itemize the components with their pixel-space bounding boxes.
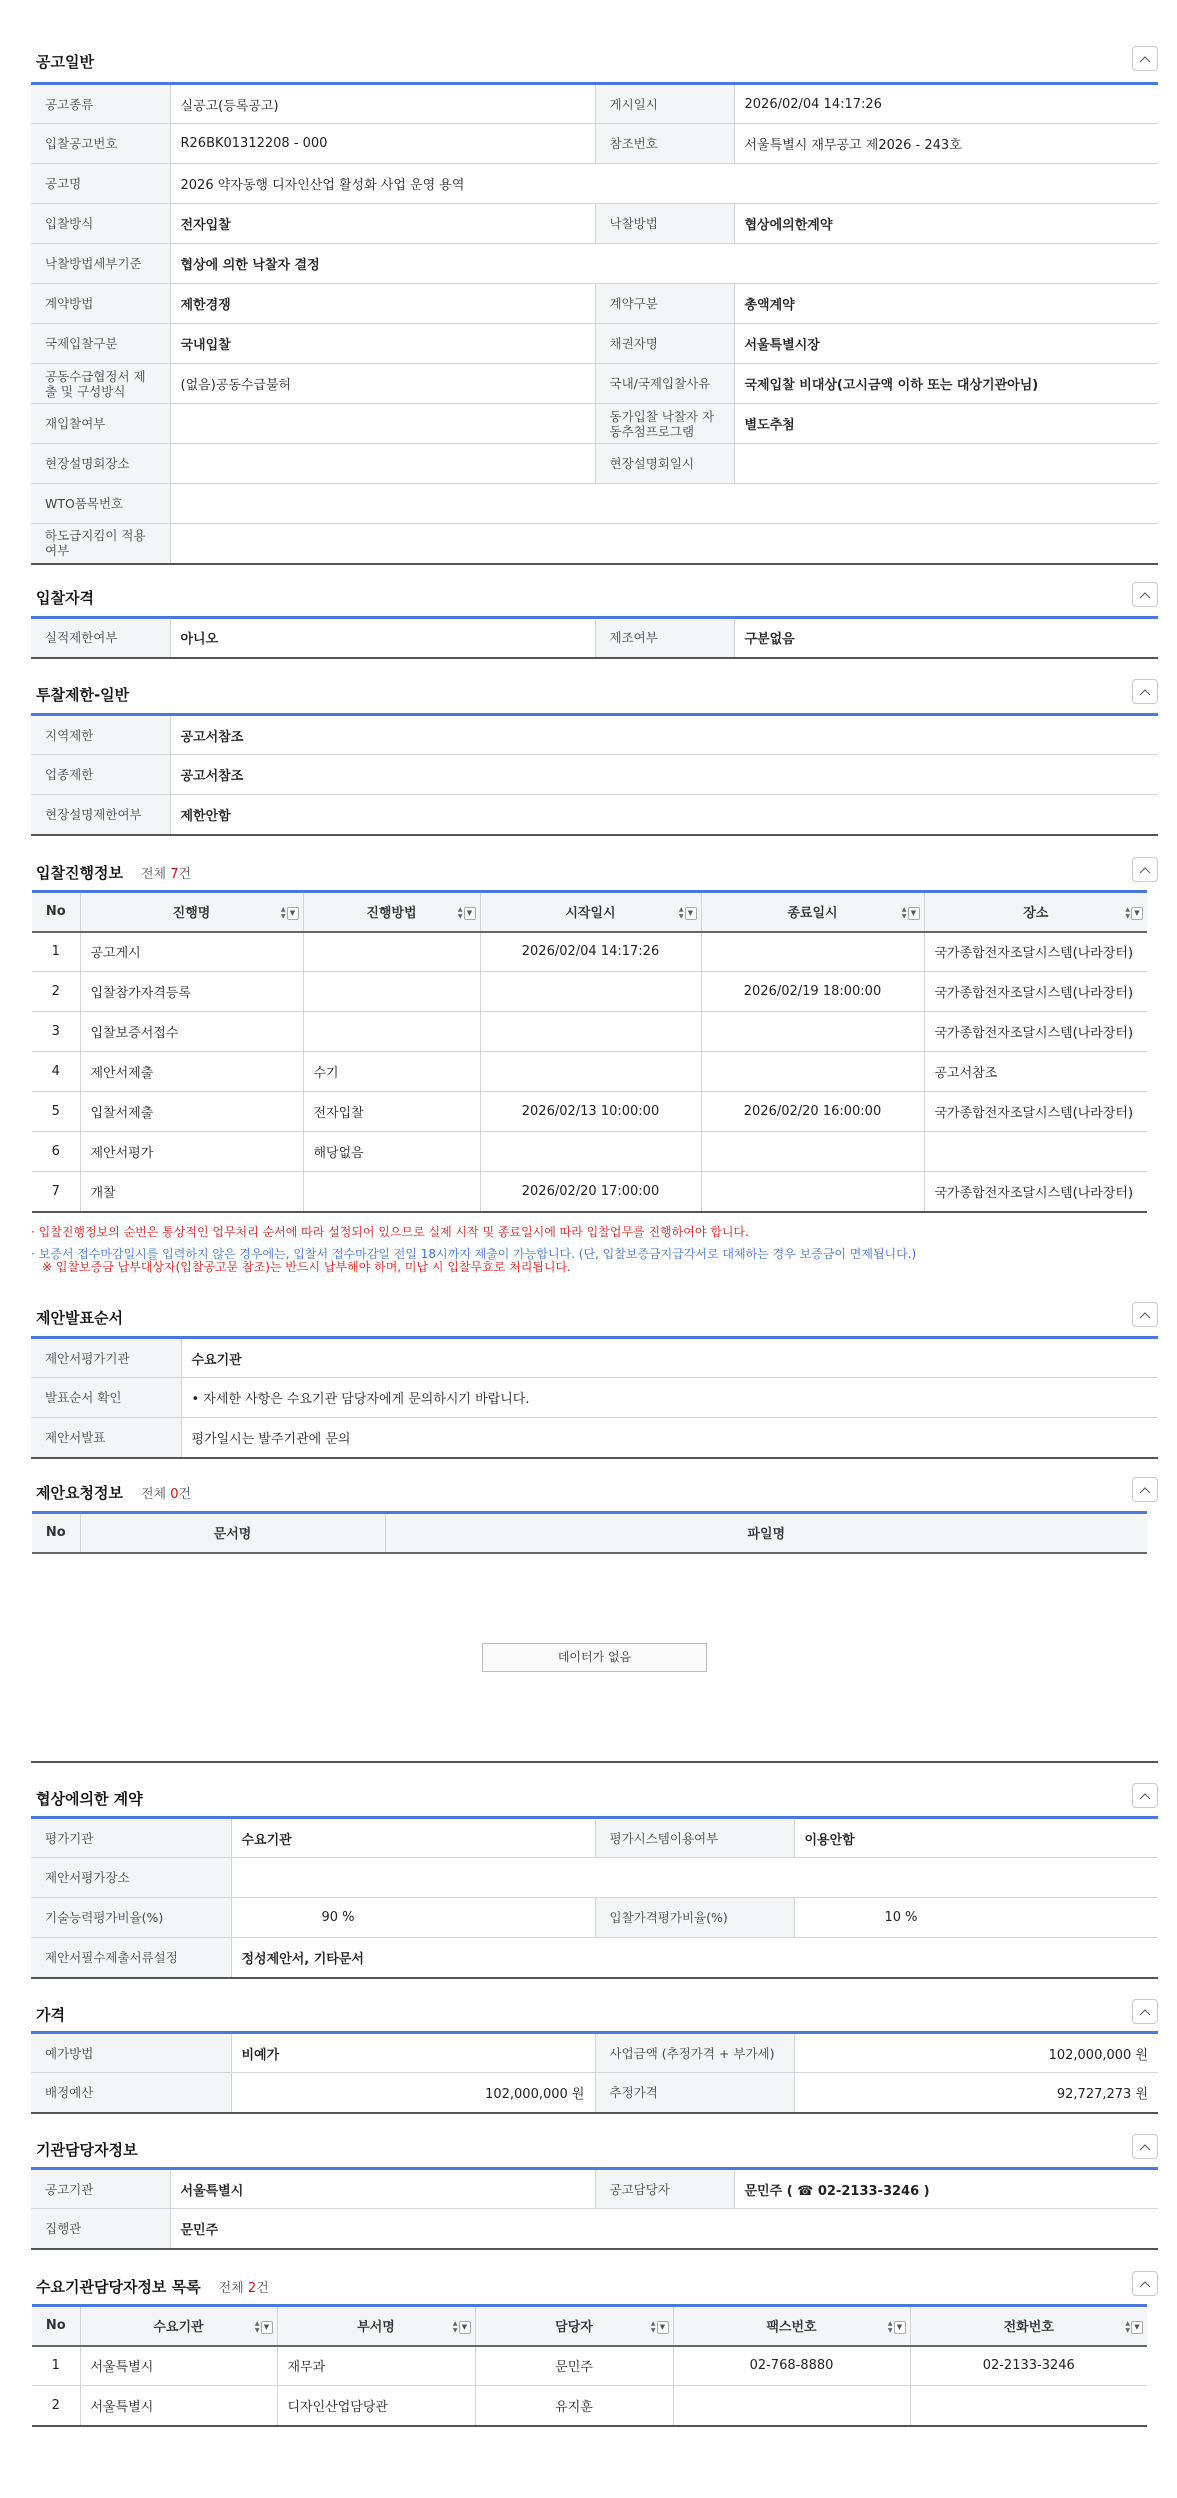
field-value: 2026 약자동행 디자인산업 활성화 사업 운영 용역 xyxy=(170,164,1158,204)
column-header[interactable]: 부서명▲▼▼ xyxy=(277,2306,475,2346)
column-header: No xyxy=(32,2306,80,2346)
total-count: 전체 7건 xyxy=(141,867,191,882)
info-row: 배정예산102,000,000 원추정가격92,727,273 원 xyxy=(31,2073,1158,2113)
field-value: 90 % xyxy=(231,1898,595,1938)
count-suffix: 건 xyxy=(178,1487,191,1502)
info-row: 실적제한여부아니오제조여부구분없음 xyxy=(31,618,1158,658)
table-cell xyxy=(480,972,701,1012)
table-row: 7개찰2026/02/20 17:00:00국가종합전자조달시스템(나라장터) xyxy=(32,1172,1147,1212)
section-title-text: 제안요청정보 xyxy=(36,1484,123,1502)
table-cell: 서울특별시 xyxy=(80,2346,277,2386)
column-header-label: 시작일시 xyxy=(565,906,615,921)
info-row: 제안서발표평가일시는 발주기관에 문의 xyxy=(31,1418,1158,1458)
table-row: 5입찰서제출전자입찰2026/02/13 10:00:002026/02/20 … xyxy=(32,1092,1147,1132)
field-value xyxy=(170,524,1158,564)
column-header: No xyxy=(32,892,80,932)
info-row: WTO품목번호 xyxy=(31,484,1158,524)
table-cell xyxy=(673,2386,910,2426)
field-value: 아니오 xyxy=(170,618,595,658)
table-row: 3입찰보증서접수국가종합전자조달시스템(나라장터) xyxy=(32,1012,1147,1052)
column-header: No xyxy=(32,1513,80,1553)
table-cell: 국가종합전자조달시스템(나라장터) xyxy=(924,1012,1147,1052)
section-title-text: 공고일반 xyxy=(36,53,94,71)
field-value: 이용안함 xyxy=(794,1818,1158,1858)
field-value: 제한안함 xyxy=(170,795,1158,835)
field-label: 하도급지킴이 적용여부 xyxy=(31,524,170,564)
table-cell: 공고게시 xyxy=(80,932,303,972)
field-label: 계약방법 xyxy=(31,284,170,324)
chevron-up-icon xyxy=(1139,2143,1151,2151)
field-label: 참조번호 xyxy=(595,124,734,164)
field-label: 공고명 xyxy=(31,164,170,204)
field-label: 공고담당자 xyxy=(595,2169,734,2209)
sort-control[interactable]: ▲▼▼ xyxy=(651,2320,669,2334)
count-suffix: 건 xyxy=(178,867,191,882)
info-row: 발표순서 확인• 자세한 사항은 수요기관 담당자에게 문의하시기 바랍니다. xyxy=(31,1378,1158,1418)
restriction-table: 지역제한공고서참조업종제한공고서참조현장설명제한여부제한안함 xyxy=(31,713,1158,836)
info-row: 공고명2026 약자동행 디자인산업 활성화 사업 운영 용역 xyxy=(31,164,1158,204)
chevron-up-icon xyxy=(1139,55,1151,63)
column-header-label: 진행방법 xyxy=(366,906,416,921)
column-header: 문서명 xyxy=(80,1513,385,1553)
table-cell xyxy=(701,932,924,972)
sort-arrows-icon[interactable]: ▲▼ xyxy=(458,906,463,920)
table-cell xyxy=(303,1172,480,1212)
column-header[interactable]: 시작일시▲▼▼ xyxy=(480,892,701,932)
info-row: 재입찰여부동가입찰 낙찰자 자동추첨프로그램별도추첨 xyxy=(31,404,1158,444)
header-row: No문서명파일명 xyxy=(32,1513,1147,1553)
table-cell xyxy=(701,1172,924,1212)
column-header[interactable]: 수요기관▲▼▼ xyxy=(80,2306,277,2346)
filter-dropdown-icon[interactable]: ▼ xyxy=(1131,2321,1143,2334)
general-table: 공고종류실공고(등록공고)게시일시2026/02/04 14:17:26입찰공고… xyxy=(31,82,1158,565)
header-row: No수요기관▲▼▼부서명▲▼▼담당자▲▼▼팩스번호▲▼▼전화번호▲▼▼ xyxy=(32,2306,1147,2346)
table-cell: 문민주 xyxy=(475,2346,673,2386)
field-label: 동가입찰 낙찰자 자동추첨프로그램 xyxy=(595,404,734,444)
field-label: 발표순서 확인 xyxy=(31,1378,181,1418)
sort-arrows-icon[interactable]: ▲▼ xyxy=(255,2320,260,2334)
table-cell xyxy=(910,2386,1147,2426)
column-header-label: 부서명 xyxy=(357,2320,395,2335)
agency-contact-table: 공고기관서울특별시공고담당자문민주 ( ☎ 02-2133-3246 )집행관문… xyxy=(31,2167,1158,2250)
table-cell: 재무과 xyxy=(277,2346,475,2386)
table-cell: 1 xyxy=(32,932,80,972)
price-table: 예가방법비예가사업금액 (추정가격 + 부가세)102,000,000 원배정예… xyxy=(31,2031,1158,2114)
field-value: • 자세한 사항은 수요기관 담당자에게 문의하시기 바랍니다. xyxy=(181,1378,1158,1418)
field-value: 국내입찰 xyxy=(170,324,595,364)
table-cell xyxy=(480,1052,701,1092)
table-row: 2서울특별시디자인산업담당관유지훈 xyxy=(32,2386,1147,2426)
field-label: 입찰방식 xyxy=(31,204,170,244)
column-header: 파일명 xyxy=(385,1513,1147,1553)
sort-arrows-icon[interactable]: ▲▼ xyxy=(453,2320,458,2334)
column-header-label: 파일명 xyxy=(747,1527,785,1542)
collapse-toggle-button[interactable] xyxy=(1132,1477,1158,1502)
section-title: 제안발표순서 xyxy=(36,1307,123,1329)
sort-arrows-icon[interactable]: ▲▼ xyxy=(651,2320,656,2334)
info-row: 국제입찰구분국내입찰채권자명서울특별시장 xyxy=(31,324,1158,364)
field-value: 국제입찰 비대상(고시금액 이하 또는 대상기관아님) xyxy=(734,364,1158,404)
sort-control[interactable]: ▲▼▼ xyxy=(1125,2320,1143,2334)
table-cell: 개찰 xyxy=(80,1172,303,1212)
field-value: 공고서참조 xyxy=(170,755,1158,795)
filter-dropdown-icon[interactable]: ▼ xyxy=(1131,907,1143,920)
field-value: (없음)공동수급불허 xyxy=(170,364,595,404)
table-cell: 입찰보증서접수 xyxy=(80,1012,303,1052)
field-label: 현장설명회장소 xyxy=(31,444,170,484)
field-value: 10 % xyxy=(794,1898,1158,1938)
field-label: 지역제한 xyxy=(31,715,170,755)
field-value: 서울특별시장 xyxy=(734,324,1158,364)
section-title: 입찰자격 xyxy=(36,587,94,609)
info-row: 공동수급협정서 제출 및 구성방식(없음)공동수급불허국내/국제입찰사유국제입찰… xyxy=(31,364,1158,404)
table-cell: 02-768-8880 xyxy=(673,2346,910,2386)
field-value: 정성제안서, 기타문서 xyxy=(231,1938,1158,1978)
chevron-up-icon xyxy=(1139,591,1151,599)
table-cell: 국가종합전자조달시스템(나라장터) xyxy=(924,1092,1147,1132)
info-row: 하도급지킴이 적용여부 xyxy=(31,524,1158,564)
demand-contacts-grid: No수요기관▲▼▼부서명▲▼▼담당자▲▼▼팩스번호▲▼▼전화번호▲▼▼1서울특별… xyxy=(32,2304,1147,2427)
column-header-label: 진행명 xyxy=(173,906,211,921)
field-label: 채권자명 xyxy=(595,324,734,364)
info-row: 입찰방식전자입찰낙찰방법협상에의한계약 xyxy=(31,204,1158,244)
field-label: 입찰가격평가비율(%) xyxy=(595,1898,794,1938)
chevron-up-icon xyxy=(1139,688,1151,696)
field-label: 예가방법 xyxy=(31,2033,231,2073)
table-cell: 2 xyxy=(32,972,80,1012)
section-title-text: 투찰제한-일반 xyxy=(36,686,129,704)
field-value: 총액계약 xyxy=(734,284,1158,324)
chevron-up-icon xyxy=(1139,866,1151,874)
info-row: 현장설명제한여부제한안함 xyxy=(31,795,1158,835)
table-cell: 5 xyxy=(32,1092,80,1132)
filter-dropdown-icon[interactable]: ▼ xyxy=(657,2321,669,2334)
table-cell: 제안서제출 xyxy=(80,1052,303,1092)
column-header[interactable]: 팩스번호▲▼▼ xyxy=(673,2306,910,2346)
chevron-up-icon xyxy=(1139,1311,1151,1319)
field-value: 별도추첨 xyxy=(734,404,1158,444)
section-title-text: 협상에의한 계약 xyxy=(36,1790,143,1808)
table-cell: 3 xyxy=(32,1012,80,1052)
column-header-label: No xyxy=(46,904,66,919)
sort-arrows-icon[interactable]: ▲▼ xyxy=(888,2320,893,2334)
filter-dropdown-icon[interactable]: ▼ xyxy=(261,2321,273,2334)
filter-dropdown-icon[interactable]: ▼ xyxy=(908,907,920,920)
sort-arrows-icon[interactable]: ▲▼ xyxy=(902,906,907,920)
section-title-text: 입찰진행정보 xyxy=(36,864,123,882)
info-row: 공고기관서울특별시공고담당자문민주 ( ☎ 02-2133-3246 ) xyxy=(31,2169,1158,2209)
field-label: 제안서발표 xyxy=(31,1418,181,1458)
info-row: 업종제한공고서참조 xyxy=(31,755,1158,795)
column-header[interactable]: 담당자▲▼▼ xyxy=(475,2306,673,2346)
sort-arrows-icon[interactable]: ▲▼ xyxy=(1125,2320,1130,2334)
field-value: 102,000,000 원 xyxy=(231,2073,595,2113)
column-header-label: 담당자 xyxy=(555,2320,593,2335)
table-cell xyxy=(924,1132,1147,1172)
table-cell: 2 xyxy=(32,2386,80,2426)
field-label: 재입찰여부 xyxy=(31,404,170,444)
field-value xyxy=(170,404,595,444)
table-cell: 2026/02/13 10:00:00 xyxy=(480,1092,701,1132)
field-value: 수요기관 xyxy=(181,1338,1158,1378)
field-value: 협상에 의한 낙찰자 결정 xyxy=(170,244,1158,284)
table-cell: 2026/02/04 14:17:26 xyxy=(480,932,701,972)
info-row: 공고종류실공고(등록공고)게시일시2026/02/04 14:17:26 xyxy=(31,84,1158,124)
field-value: 제한경쟁 xyxy=(170,284,595,324)
sort-control[interactable]: ▲▼▼ xyxy=(281,906,299,920)
proposal-request-grid: No문서명파일명 xyxy=(32,1511,1147,1554)
count-prefix: 전체 xyxy=(141,1487,170,1502)
info-row: 지역제한공고서참조 xyxy=(31,715,1158,755)
table-row: 4제안서제출수기공고서참조 xyxy=(32,1052,1147,1092)
field-value: 구분없음 xyxy=(734,618,1158,658)
table-cell: 02-2133-3246 xyxy=(910,2346,1147,2386)
field-value: 실공고(등록공고) xyxy=(170,84,595,124)
sort-control[interactable]: ▲▼▼ xyxy=(679,906,697,920)
field-label: 계약구분 xyxy=(595,284,734,324)
column-header-label: 문서명 xyxy=(214,1527,252,1542)
count-number: 2 xyxy=(248,2281,256,2296)
chevron-up-icon xyxy=(1139,1792,1151,1800)
info-row: 집행관문민주 xyxy=(31,2209,1158,2249)
info-row: 예가방법비예가사업금액 (추정가격 + 부가세)102,000,000 원 xyxy=(31,2033,1158,2073)
column-header[interactable]: 장소▲▼▼ xyxy=(924,892,1147,932)
field-label: 공고기관 xyxy=(31,2169,170,2209)
field-value: 문민주 xyxy=(170,2209,1158,2249)
header-row: No진행명▲▼▼진행방법▲▼▼시작일시▲▼▼종료일시▲▼▼장소▲▼▼ xyxy=(32,892,1147,932)
info-row: 현장설명회장소현장설명회일시 xyxy=(31,444,1158,484)
table-cell: 디자인산업담당관 xyxy=(277,2386,475,2426)
table-cell: 입찰서제출 xyxy=(80,1092,303,1132)
table-cell: 2026/02/20 17:00:00 xyxy=(480,1172,701,1212)
column-header-label: 종료일시 xyxy=(787,906,837,921)
info-row: 계약방법제한경쟁계약구분총액계약 xyxy=(31,284,1158,324)
field-value: 서울특별시 재무공고 제2026 - 243호 xyxy=(734,124,1158,164)
progress-grid: No진행명▲▼▼진행방법▲▼▼시작일시▲▼▼종료일시▲▼▼장소▲▼▼1공고게시2… xyxy=(32,890,1147,1213)
field-label: 낙찰방법세부기준 xyxy=(31,244,170,284)
filter-dropdown-icon[interactable]: ▼ xyxy=(464,907,476,920)
section-title-text: 제안발표순서 xyxy=(36,1309,123,1327)
field-value xyxy=(734,444,1158,484)
table-row: 1서울특별시재무과문민주02-768-888002-2133-3246 xyxy=(32,2346,1147,2386)
collapse-toggle-button[interactable] xyxy=(1132,2271,1158,2296)
table-cell: 7 xyxy=(32,1172,80,1212)
field-label: 공동수급협정서 제출 및 구성방식 xyxy=(31,364,170,404)
field-label: 사업금액 (추정가격 + 부가세) xyxy=(595,2033,794,2073)
table-cell: 국가종합전자조달시스템(나라장터) xyxy=(924,1172,1147,1212)
field-value xyxy=(170,484,1158,524)
section-title: 입찰진행정보전체 7건 xyxy=(36,862,191,884)
table-cell: 2026/02/20 16:00:00 xyxy=(701,1092,924,1132)
field-value: 평가일시는 발주기관에 문의 xyxy=(181,1418,1158,1458)
section-title: 공고일반 xyxy=(36,51,94,73)
sort-control[interactable]: ▲▼▼ xyxy=(888,2320,906,2334)
field-value xyxy=(170,444,595,484)
table-cell: 수기 xyxy=(303,1052,480,1092)
field-value: 협상에의한계약 xyxy=(734,204,1158,244)
table-cell: 서울특별시 xyxy=(80,2386,277,2426)
sort-arrows-icon[interactable]: ▲▼ xyxy=(679,906,684,920)
field-label: 평가기관 xyxy=(31,1818,231,1858)
collapse-toggle-button[interactable] xyxy=(1132,46,1158,71)
chevron-up-icon xyxy=(1139,1486,1151,1494)
field-label: 업종제한 xyxy=(31,755,170,795)
collapse-toggle-button[interactable] xyxy=(1132,2134,1158,2159)
section-title: 기관담당자정보 xyxy=(36,2139,137,2161)
collapse-toggle-button[interactable] xyxy=(1132,857,1158,882)
section-title: 투찰제한-일반 xyxy=(36,684,129,706)
notice-text: · 입찰진행정보의 순번은 통상적인 업무처리 순서에 따라 설정되어 있으므로… xyxy=(31,1223,749,1240)
column-header[interactable]: 전화번호▲▼▼ xyxy=(910,2306,1147,2346)
column-header-label: No xyxy=(46,2318,66,2333)
column-header-label: 팩스번호 xyxy=(766,2320,816,2335)
table-cell: 6 xyxy=(32,1132,80,1172)
info-row: 입찰공고번호R26BK01312208 - 000참조번호서울특별시 재무공고 … xyxy=(31,124,1158,164)
total-count: 전체 2건 xyxy=(219,2281,269,2296)
section-title: 협상에의한 계약 xyxy=(36,1788,143,1810)
table-cell: 1 xyxy=(32,2346,80,2386)
presentation-table: 제안서평가기관수요기관발표순서 확인• 자세한 사항은 수요기관 담당자에게 문… xyxy=(31,1336,1158,1459)
table-cell xyxy=(303,1012,480,1052)
info-row: 낙찰방법세부기준협상에 의한 낙찰자 결정 xyxy=(31,244,1158,284)
field-label: 제안서필수제출서류설정 xyxy=(31,1938,231,1978)
field-value: 92,727,273 원 xyxy=(794,2073,1158,2113)
field-value: 문민주 ( ☎ 02-2133-3246 ) xyxy=(734,2169,1158,2209)
column-header-label: 수요기관 xyxy=(153,2320,203,2335)
table-cell xyxy=(701,1012,924,1052)
field-label: 국내/국제입찰사유 xyxy=(595,364,734,404)
sort-control[interactable]: ▲▼▼ xyxy=(255,2320,273,2334)
info-row: 제안서평가장소 xyxy=(31,1858,1158,1898)
field-label: 제조여부 xyxy=(595,618,734,658)
field-label: 기술능력평가비율(%) xyxy=(31,1898,231,1938)
collapse-toggle-button[interactable] xyxy=(1132,582,1158,607)
info-row: 제안서평가기관수요기관 xyxy=(31,1338,1158,1378)
field-label: 현장설명제한여부 xyxy=(31,795,170,835)
table-cell xyxy=(701,1132,924,1172)
sort-control[interactable]: ▲▼▼ xyxy=(458,906,476,920)
table-cell: 유지훈 xyxy=(475,2386,673,2426)
filter-dropdown-icon[interactable]: ▼ xyxy=(894,2321,906,2334)
negotiation-table: 평가기관수요기관평가시스템이용여부이용안함제안서평가장소기술능력평가비율(%)9… xyxy=(31,1816,1158,1979)
table-row: 1공고게시2026/02/04 14:17:26국가종합전자조달시스템(나라장터… xyxy=(32,932,1147,972)
field-value: 102,000,000 원 xyxy=(794,2033,1158,2073)
section-title-text: 수요기관담당자정보 목록 xyxy=(36,2278,201,2296)
collapse-toggle-button[interactable] xyxy=(1132,1783,1158,1808)
no-data-message: 데이터가 없음 xyxy=(482,1643,707,1672)
column-header-label: 장소 xyxy=(1023,906,1048,921)
sort-arrows-icon[interactable]: ▲▼ xyxy=(1125,906,1130,920)
section-divider xyxy=(31,1761,1158,1763)
qualification-table: 실적제한여부아니오제조여부구분없음 xyxy=(31,616,1158,659)
field-label: 추정가격 xyxy=(595,2073,794,2113)
column-header-label: No xyxy=(46,1525,66,1540)
field-label: 실적제한여부 xyxy=(31,618,170,658)
field-value: 전자입찰 xyxy=(170,204,595,244)
field-label: 배정예산 xyxy=(31,2073,231,2113)
table-cell: 국가종합전자조달시스템(나라장터) xyxy=(924,932,1147,972)
field-label: 국제입찰구분 xyxy=(31,324,170,364)
table-cell: 국가종합전자조달시스템(나라장터) xyxy=(924,972,1147,1012)
table-cell: 4 xyxy=(32,1052,80,1092)
field-label: 집행관 xyxy=(31,2209,170,2249)
count-prefix: 전체 xyxy=(219,2281,248,2296)
info-row: 평가기관수요기관평가시스템이용여부이용안함 xyxy=(31,1818,1158,1858)
count-prefix: 전체 xyxy=(141,867,170,882)
table-cell xyxy=(480,1132,701,1172)
section-title-text: 가격 xyxy=(36,2006,65,2024)
section-title-text: 입찰자격 xyxy=(36,589,94,607)
chevron-up-icon xyxy=(1139,2008,1151,2016)
field-value xyxy=(231,1858,1158,1898)
count-suffix: 건 xyxy=(256,2281,269,2296)
table-cell: 전자입찰 xyxy=(303,1092,480,1132)
field-label: WTO품목번호 xyxy=(31,484,170,524)
section-title: 제안요청정보전체 0건 xyxy=(36,1482,191,1504)
section-title: 수요기관담당자정보 목록전체 2건 xyxy=(36,2276,269,2298)
table-cell xyxy=(701,1052,924,1092)
column-header[interactable]: 진행명▲▼▼ xyxy=(80,892,303,932)
table-cell: 해당없음 xyxy=(303,1132,480,1172)
sort-control[interactable]: ▲▼▼ xyxy=(902,906,920,920)
info-row: 기술능력평가비율(%)90 %입찰가격평가비율(%)10 % xyxy=(31,1898,1158,1938)
collapse-toggle-button[interactable] xyxy=(1132,1302,1158,1327)
table-row: 2입찰참가자격등록2026/02/19 18:00:00국가종합전자조달시스템(… xyxy=(32,972,1147,1012)
field-label: 게시일시 xyxy=(595,84,734,124)
table-cell: 2026/02/19 18:00:00 xyxy=(701,972,924,1012)
chevron-up-icon xyxy=(1139,2280,1151,2288)
info-row: 제안서필수제출서류설정정성제안서, 기타문서 xyxy=(31,1938,1158,1978)
field-label: 공고종류 xyxy=(31,84,170,124)
table-cell xyxy=(303,932,480,972)
field-value: 서울특별시 xyxy=(170,2169,595,2209)
field-label: 현장설명회일시 xyxy=(595,444,734,484)
field-value: 비예가 xyxy=(231,2033,595,2073)
table-cell xyxy=(303,972,480,1012)
total-count: 전체 0건 xyxy=(141,1487,191,1502)
field-label: 낙찰방법 xyxy=(595,204,734,244)
collapse-toggle-button[interactable] xyxy=(1132,679,1158,704)
field-value: R26BK01312208 - 000 xyxy=(170,124,595,164)
filter-dropdown-icon[interactable]: ▼ xyxy=(459,2321,471,2334)
column-header[interactable]: 종료일시▲▼▼ xyxy=(701,892,924,932)
table-cell: 제안서평가 xyxy=(80,1132,303,1172)
column-header[interactable]: 진행방법▲▼▼ xyxy=(303,892,480,932)
field-value: 수요기관 xyxy=(231,1818,595,1858)
table-row: 6제안서평가해당없음 xyxy=(32,1132,1147,1172)
table-cell: 공고서참조 xyxy=(924,1052,1147,1092)
field-label: 평가시스템이용여부 xyxy=(595,1818,794,1858)
collapse-toggle-button[interactable] xyxy=(1132,1999,1158,2024)
field-value: 2026/02/04 14:17:26 xyxy=(734,84,1158,124)
column-header-label: 전화번호 xyxy=(1004,2320,1054,2335)
section-title: 가격 xyxy=(36,2004,65,2026)
field-label: 제안서평가기관 xyxy=(31,1338,181,1378)
notice-text: ※ 입찰보증금 납부대상자(입찰공고문 참조)는 반드시 납부해야 하며, 미납… xyxy=(42,1258,571,1275)
sort-control[interactable]: ▲▼▼ xyxy=(453,2320,471,2334)
table-cell: 입찰참가자격등록 xyxy=(80,972,303,1012)
sort-control[interactable]: ▲▼▼ xyxy=(1125,906,1143,920)
field-label: 제안서평가장소 xyxy=(31,1858,231,1898)
filter-dropdown-icon[interactable]: ▼ xyxy=(685,907,697,920)
filter-dropdown-icon[interactable]: ▼ xyxy=(287,907,299,920)
field-value: 공고서참조 xyxy=(170,715,1158,755)
field-label: 입찰공고번호 xyxy=(31,124,170,164)
table-cell xyxy=(480,1012,701,1052)
section-title-text: 기관담당자정보 xyxy=(36,2141,137,2159)
sort-arrows-icon[interactable]: ▲▼ xyxy=(281,906,286,920)
